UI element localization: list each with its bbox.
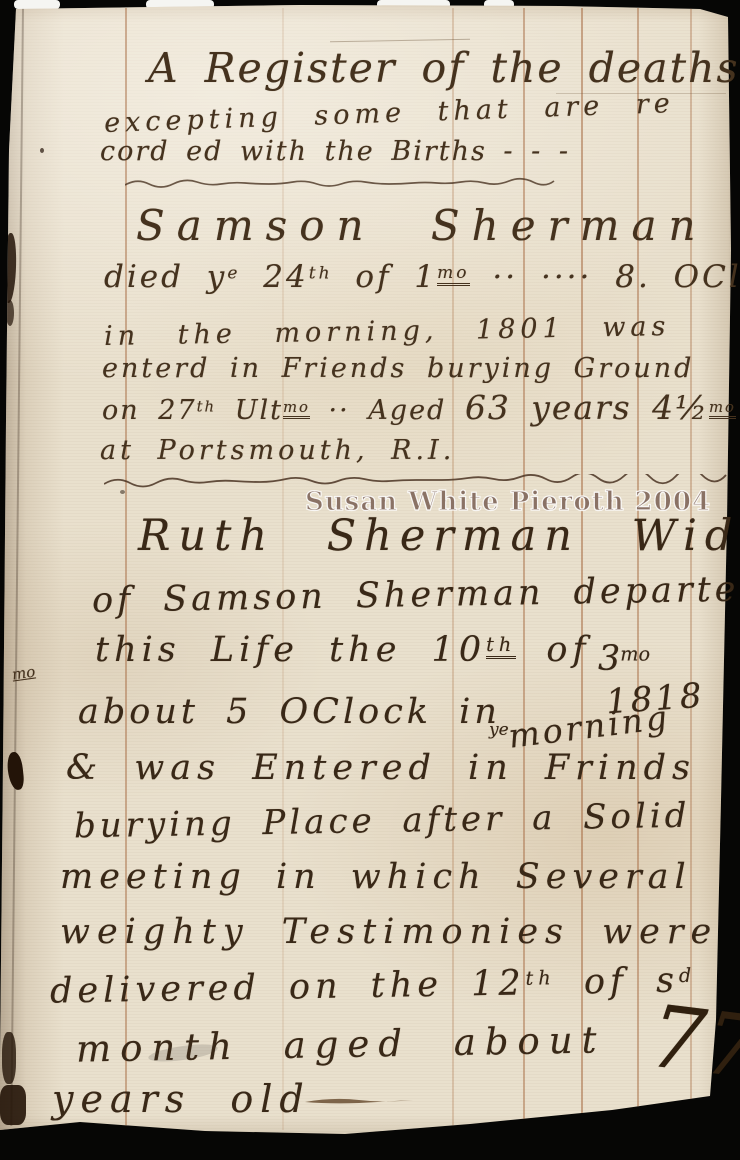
samson-burial-line: enterd in Friends burying Ground bbox=[102, 355, 694, 382]
heading-line-3: cord ed with the Births - - - bbox=[100, 138, 570, 165]
ink-blot bbox=[2, 233, 18, 304]
scanned-register-page: A Register of the deaths excepting some … bbox=[0, 0, 740, 1160]
ruth-testimonies-line: weighty Testimonies were bbox=[60, 915, 718, 950]
ruth-month-note: 3mo bbox=[598, 642, 650, 677]
ruth-month-aged-line: month aged about bbox=[76, 1021, 606, 1067]
ink-speck bbox=[120, 490, 125, 494]
samson-death-date-line: died ye 24th of 1mo ·· ···· 8. OClock bbox=[104, 262, 740, 293]
ruth-entered-line: & was Entered in Frinds bbox=[66, 751, 696, 786]
ruth-ye-superscript: ye bbox=[489, 722, 509, 739]
flourish-separator bbox=[125, 176, 570, 190]
dash-flourish bbox=[303, 1096, 415, 1106]
ink-blot bbox=[6, 300, 14, 326]
ruth-burying-line: burying Place after a Solid bbox=[74, 799, 691, 844]
heading-line-1: A Register of the deaths bbox=[148, 48, 740, 89]
ink-blot bbox=[2, 1032, 16, 1084]
ruth-oclock-line: about 5 OClock in bbox=[78, 695, 501, 730]
samson-age-line: on 27th Ultmo ·· Aged 63 years 4½mo bbox=[102, 392, 736, 425]
ruth-years-old-line: years old bbox=[52, 1080, 311, 1118]
ink-blot bbox=[6, 751, 25, 790]
samson-name-line: Samson Sherman bbox=[136, 205, 708, 247]
ruth-name-line: Ruth Sherman Widow bbox=[138, 515, 740, 558]
binding-crease bbox=[10, 8, 24, 1126]
samson-place-line: at Portsmouth, R.I. bbox=[100, 437, 455, 464]
scanner-tab bbox=[14, 0, 60, 9]
ruth-meeting-line: meeting in which Several bbox=[60, 860, 692, 895]
ink-speck bbox=[40, 148, 44, 153]
margin-note-mo: mo bbox=[11, 664, 36, 682]
stray-rule-mark bbox=[330, 39, 470, 42]
ruth-date-line: this Life the 10th of bbox=[95, 633, 590, 668]
column-rule-line bbox=[690, 8, 692, 1130]
age-numeral-77: 77 bbox=[645, 994, 740, 1093]
ink-blot bbox=[0, 1085, 26, 1125]
